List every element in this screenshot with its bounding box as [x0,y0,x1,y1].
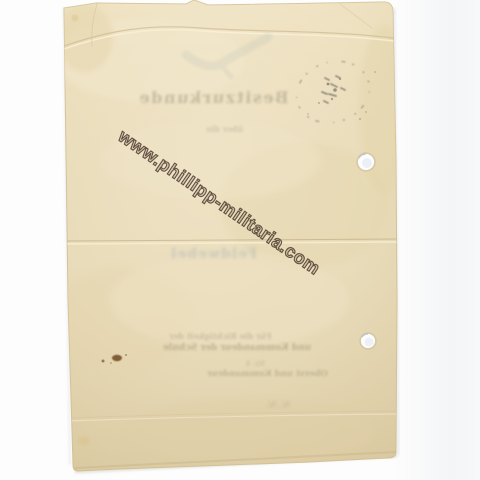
foxing-stain [78,437,90,445]
ink-stain [112,355,122,361]
ink-stain-speck [102,360,105,363]
foxing-stain [72,15,79,22]
document-photo-canvas [0,0,480,480]
punch-hole-bottom-tint [365,338,374,347]
photo-of-document: Besitzurkunde über die Feldwebel Für die… [0,0,480,480]
ink-stain-speck [110,362,112,364]
ink-stain-speck [125,354,127,356]
punch-hole-top-tint [362,158,372,168]
